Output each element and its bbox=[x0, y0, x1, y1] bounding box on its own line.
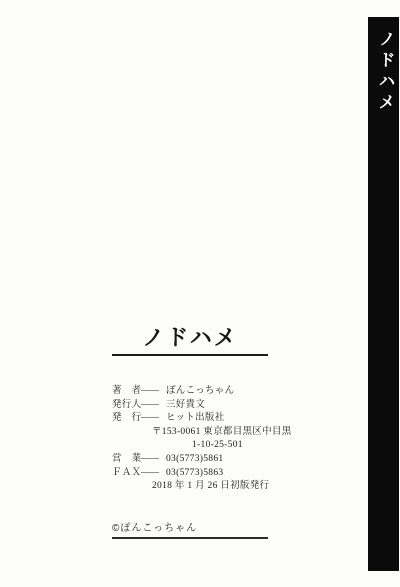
colophon-page: ノドハメ ノドハメ 著 者——ぽんこっちゃん 発行人——三好貴文 発 行——ヒッ… bbox=[0, 0, 400, 587]
colophon-row-publisher-person: 発行人——三好貴文 bbox=[112, 399, 292, 413]
row-label: 営 業 bbox=[112, 453, 141, 467]
copyright-block: ©ぽんこっちゃん bbox=[112, 519, 268, 539]
row-dash: —— bbox=[141, 467, 166, 481]
copyright-text: ©ぽんこっちゃん bbox=[112, 523, 197, 534]
row-value: 2018 年 1 月 26 日初版発行 bbox=[152, 481, 269, 491]
row-dash: —— bbox=[141, 399, 166, 413]
row-label: 発 行 bbox=[112, 412, 141, 426]
colophon-info: 著 者——ぽんこっちゃん 発行人——三好貴文 発 行——ヒット出版社 〒153-… bbox=[112, 385, 292, 494]
row-label: 著 者 bbox=[112, 385, 141, 399]
row-label: ＦＡＸ bbox=[112, 467, 141, 481]
colophon-row-publisher: 発 行——ヒット出版社 bbox=[112, 412, 292, 426]
colophon-row-edition-date: 2018 年 1 月 26 日初版発行 bbox=[112, 480, 292, 494]
row-value: ぽんこっちゃん bbox=[166, 386, 234, 396]
row-value: 三好貴文 bbox=[166, 400, 205, 410]
colophon-row-fax: ＦＡＸ——03(5773)5863 bbox=[112, 467, 292, 481]
row-dash: —— bbox=[141, 412, 166, 426]
colophon-row-sales-phone: 営 業——03(5773)5861 bbox=[112, 453, 292, 467]
row-value: 〒153-0061 東京都目黒区中目黒 bbox=[152, 427, 292, 437]
title-block: ノドハメ bbox=[112, 326, 268, 356]
spine-bar: ノドハメ bbox=[368, 17, 399, 571]
row-value: 03(5773)5861 bbox=[166, 454, 223, 464]
colophon-row-address2: 1-10-25-501 bbox=[112, 439, 292, 453]
row-dash: —— bbox=[141, 453, 166, 467]
row-value: 1-10-25-501 bbox=[192, 440, 243, 450]
row-dash: —— bbox=[141, 385, 166, 399]
row-value: 03(5773)5863 bbox=[166, 468, 223, 478]
colophon-row-address: 〒153-0061 東京都目黒区中目黒 bbox=[112, 426, 292, 440]
row-label: 発行人 bbox=[112, 399, 141, 413]
row-value: ヒット出版社 bbox=[166, 413, 225, 423]
colophon-row-author: 著 者——ぽんこっちゃん bbox=[112, 385, 292, 399]
spine-title-vertical: ノドハメ bbox=[369, 30, 398, 571]
book-title: ノドハメ bbox=[112, 326, 268, 350]
